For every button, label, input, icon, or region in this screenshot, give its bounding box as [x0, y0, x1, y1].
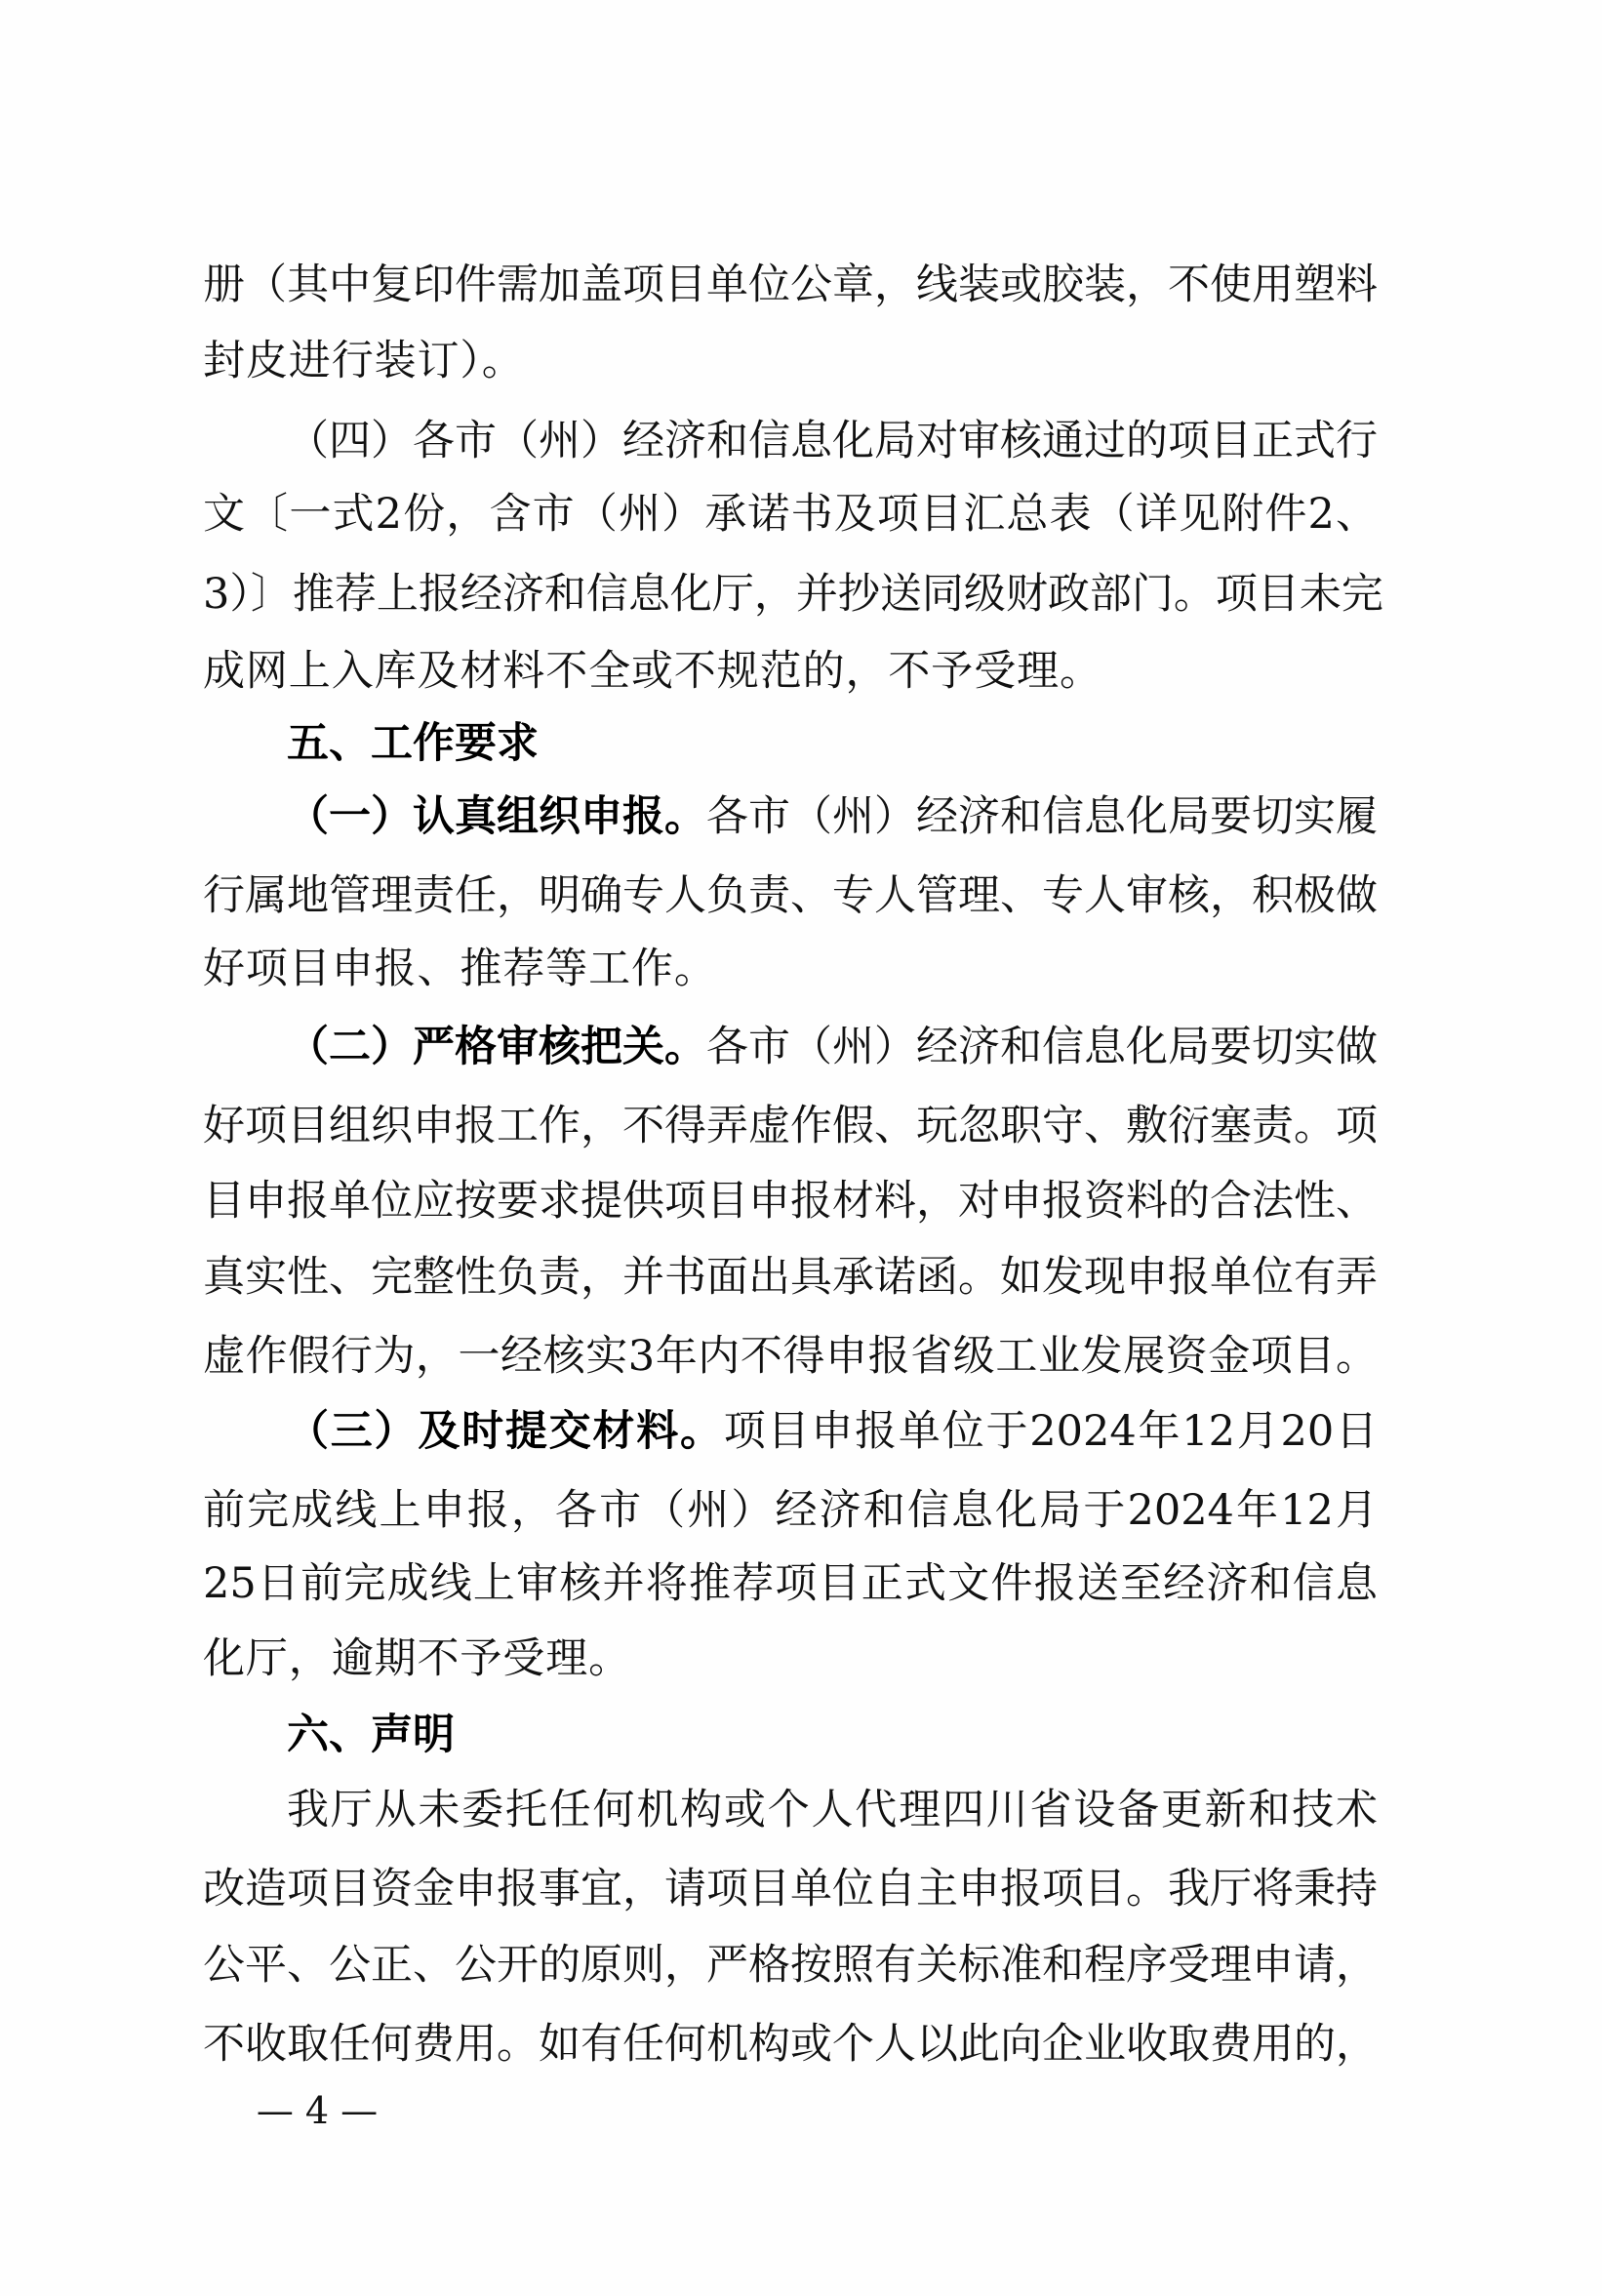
body-line: 虚作假行为，一经核实3年内不得申报省级工业发展资金项目。	[203, 1329, 1378, 1384]
item-three-text: 项目申报单位于2024年12月20日	[724, 1407, 1378, 1456]
item-two-lead: （二）严格审核把关。	[287, 1023, 706, 1071]
body-line: 封皮进行装订）。	[203, 334, 1378, 388]
body-line: 好项目申报、推荐等工作。	[203, 942, 1378, 996]
body-line: 文〔一式2份，含市（州）承诺书及项目汇总表（详见附件2、	[203, 487, 1378, 542]
section-heading-work-requirements: 五、工作要求	[287, 716, 539, 771]
statement-first-line: 我厅从未委托任何机构或个人代理四川省设备更新和技术	[287, 1783, 1378, 1837]
body-line: 好项目组织申报工作，不得弄虚作假、玩忽职守、敷衍塞责。项	[203, 1099, 1378, 1153]
section-heading-statement: 六、声明	[287, 1708, 455, 1762]
item-three-lead: （三）及时提交材料。	[287, 1407, 724, 1456]
item-two-text: 各市（州）经济和信息化局要切实做	[706, 1023, 1378, 1071]
body-line: 公平、公正、公开的原则，严格按照有关标准和程序受理申请，	[203, 1938, 1378, 1993]
item-one-text: 各市（州）经济和信息化局要切实履	[706, 792, 1378, 841]
document-page: 册（其中复印件需加盖项目单位公章，线装或胶装，不使用塑料 封皮进行装订）。 （四…	[0, 0, 1602, 2296]
body-line: 成网上入库及材料不全或不规范的，不予受理。	[203, 644, 1378, 699]
body-line: 行属地管理责任，明确专人负责、专人管理、专人审核，积极做	[203, 868, 1378, 923]
body-line: 真实性、完整性负责，并书面出具承诺函。如发现申报单位有弄	[203, 1250, 1378, 1305]
body-line: 改造项目资金申报事宜，请项目单位自主申报项目。我厅将秉持	[203, 1862, 1378, 1916]
body-line: 册（其中复印件需加盖项目单位公章，线装或胶装，不使用塑料	[203, 258, 1378, 312]
paragraph-four-line: （四）各市（州）经济和信息化局对审核通过的项目正式行	[287, 414, 1378, 468]
body-line: 前完成线上申报，各市（州）经济和信息化局于2024年12月	[203, 1483, 1378, 1538]
page-number: — 4 —	[249, 2086, 385, 2135]
body-line: 目申报单位应按要求提供项目申报材料，对申报资料的合法性、	[203, 1174, 1378, 1229]
item-three-first-line: （三）及时提交材料。项目申报单位于2024年12月20日	[287, 1404, 1378, 1459]
body-line: 不收取任何费用。如有任何机构或个人以此向企业收取费用的，	[203, 2017, 1378, 2072]
body-line: 化厅，逾期不予受理。	[203, 1631, 1378, 1686]
item-one-lead: （一）认真组织申报。	[287, 792, 706, 841]
body-line: 25日前完成线上审核并将推荐项目正式文件报送至经济和信息	[203, 1556, 1378, 1611]
item-one-first-line: （一）认真组织申报。各市（州）经济和信息化局要切实履	[287, 789, 1378, 844]
body-line: 3）〕推荐上报经济和信息化厅，并抄送同级财政部门。项目未完	[203, 567, 1378, 622]
item-two-first-line: （二）严格审核把关。各市（州）经济和信息化局要切实做	[287, 1020, 1378, 1074]
